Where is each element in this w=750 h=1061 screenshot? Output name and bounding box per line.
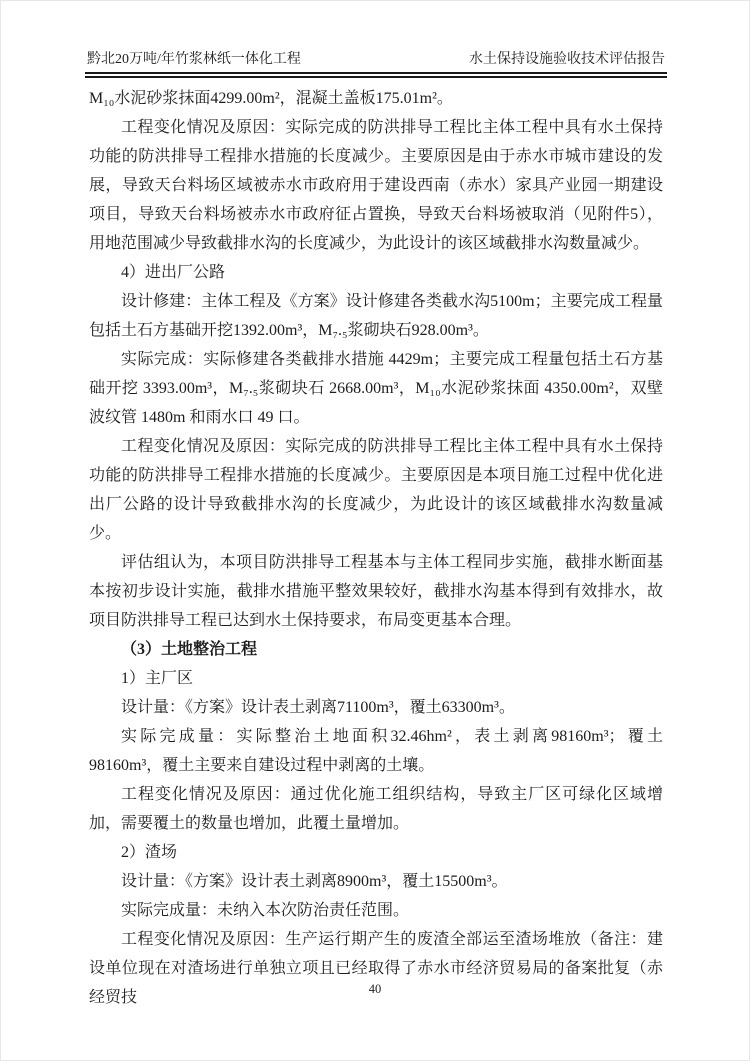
paragraph-design-build-quantities: 设计修建：主体工程及《方案》设计修建各类截水沟5100m；主要完成工程量包括土石… xyxy=(89,287,663,345)
subsection-heading-main-plant-area: 1）主厂区 xyxy=(89,664,663,693)
header-divider-rule xyxy=(85,72,667,78)
paragraph-assessment-conclusion: 评估组认为，本项目防洪排导工程基本与主体工程同步实施，截排水断面基本按初步设计实… xyxy=(89,548,663,635)
paragraph-change-reason-road-design: 工程变化情况及原因：实际完成的防洪排导工程比主体工程中具有水土保持功能的防洪排导… xyxy=(89,432,663,548)
paragraph-actual-quantity-slag-yard: 实际完成量：未纳入本次防治责任范围。 xyxy=(89,896,663,925)
paragraph-design-quantity-slag-yard: 设计量：《方案》设计表土剥离8900m³，覆土15500m³。 xyxy=(89,867,663,896)
paragraph-change-reason-slag-yard: 工程变化情况及原因：生产运行期产生的废渣全部运至渣场堆放（备注：建设单位现在对渣… xyxy=(89,925,663,1012)
paragraph-change-reason-tiantai-yard: 工程变化情况及原因：实际完成的防洪排导工程比主体工程中具有水土保持功能的防洪排导… xyxy=(89,113,663,258)
section-heading-land-remediation: （3）土地整治工程 xyxy=(89,635,663,664)
paragraph-actual-quantity-main-plant: 实际完成量：实际整治土地面积32.46hm²，表土剥离98160m³；覆土981… xyxy=(89,722,663,780)
document-page: 黔北20万吨/年竹浆林纸一体化工程 水土保持设施验收技术评估报告 M₁₀水泥砂浆… xyxy=(0,0,750,1061)
page-header: 黔北20万吨/年竹浆林纸一体化工程 水土保持设施验收技术评估报告 xyxy=(87,51,665,69)
header-left-project-title: 黔北20万吨/年竹浆林纸一体化工程 xyxy=(87,51,301,69)
document-body: M₁₀水泥砂浆抹面4299.00m²，混凝土盖板175.01m²。 工程变化情况… xyxy=(89,84,663,1012)
subsection-heading-slag-yard: 2）渣场 xyxy=(89,838,663,867)
paragraph-actual-completion-quantities: 实际完成：实际修建各类截排水措施 4429m；主要完成工程量包括土石方基础开挖 … xyxy=(89,345,663,432)
paragraph-design-quantity-main-plant: 设计量：《方案》设计表土剥离71100m³，覆土63300m³。 xyxy=(89,693,663,722)
paragraph-continuation-masonry-quantities: M₁₀水泥砂浆抹面4299.00m²，混凝土盖板175.01m²。 xyxy=(89,84,663,113)
page-number: 40 xyxy=(1,982,749,997)
paragraph-change-reason-main-plant: 工程变化情况及原因：通过优化施工组织结构，导致主厂区可绿化区域增加，需要覆土的数… xyxy=(89,780,663,838)
subsection-heading-factory-access-road: 4）进出厂公路 xyxy=(89,258,663,287)
header-right-report-title: 水土保持设施验收技术评估报告 xyxy=(469,51,665,69)
